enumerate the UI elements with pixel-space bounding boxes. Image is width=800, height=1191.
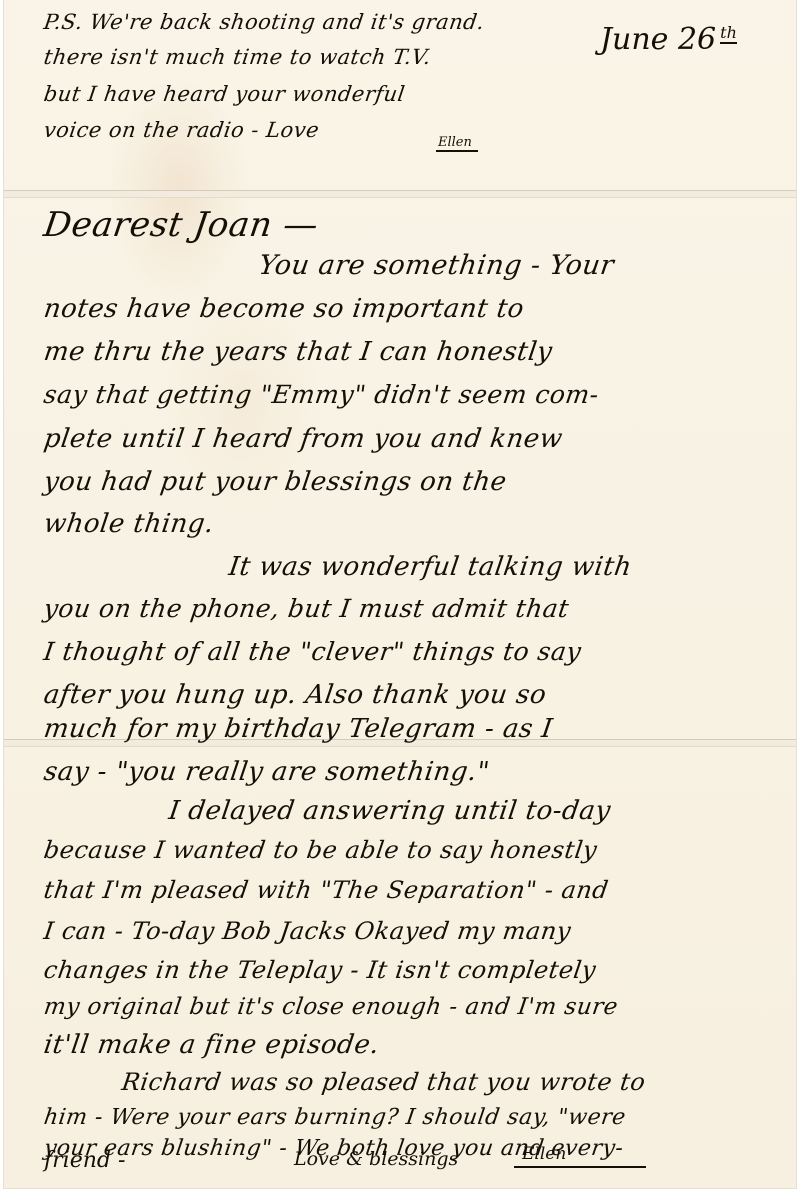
closing-friend: friend - [44, 1148, 125, 1173]
letter-line: say that getting "Emmy" didn't seem com- [42, 380, 601, 409]
postscript-line: voice on the radio - Love [42, 118, 321, 142]
letter-line: say - "you really are something." [42, 757, 492, 787]
letter-line: It was wonderful talking with [227, 552, 634, 582]
letter-line: much for my birthday Telegram - as I [42, 714, 555, 744]
date-text: June 26 [600, 22, 716, 57]
postscript-line: there isn't much time to watch T.V. [42, 45, 432, 69]
postscript-line: P.S. We're back shooting and it's grand. [42, 10, 486, 34]
closing-love: Love & blessings [294, 1148, 458, 1170]
letter-line: that I'm pleased with "The Separation" -… [42, 876, 610, 904]
letter-line: after you hung up. Also thank you so [42, 680, 548, 710]
letter-page: P.S. We're back shooting and it's grand.… [4, 0, 796, 1188]
letter-line: it'll make a fine episode. [42, 1030, 381, 1060]
letter-line: because I wanted to be able to say hones… [42, 836, 599, 864]
letter-line: notes have become so important to [42, 294, 526, 324]
letter-line: you had put your blessings on the [42, 467, 509, 497]
paper-fold-top [4, 190, 796, 198]
closing-signature: Ellen [514, 1144, 646, 1168]
letter-line: you on the phone, but I must admit that [42, 594, 571, 623]
date-suffix: th [720, 23, 737, 44]
letter-line: whole thing. [42, 509, 216, 539]
letter-line: I delayed answering until to-day [167, 796, 613, 826]
letter-line: my original but it's close enough - and … [42, 994, 619, 1020]
letter-line: me thru the years that I can honestly [42, 337, 554, 367]
letter-line: him - Were your ears burning? I should s… [42, 1105, 627, 1130]
letter-line: I can - To-day Bob Jacks Okayed my many [42, 917, 573, 945]
letter-line: You are something - Your [257, 250, 616, 281]
postscript-line: but I have heard your wonderful [42, 82, 406, 106]
letter-line: plete until I heard from you and knew [42, 424, 565, 454]
letter-line: I thought of all the "clever" things to … [42, 637, 583, 666]
letter-line: Richard was so pleased that you wrote to [120, 1068, 647, 1096]
postscript-signature: Ellen [436, 135, 478, 152]
letter-line: changes in the Teleplay - It isn't compl… [42, 956, 598, 984]
letter-date: June 26th [600, 22, 737, 57]
letter-greeting: Dearest Joan — [41, 205, 321, 245]
